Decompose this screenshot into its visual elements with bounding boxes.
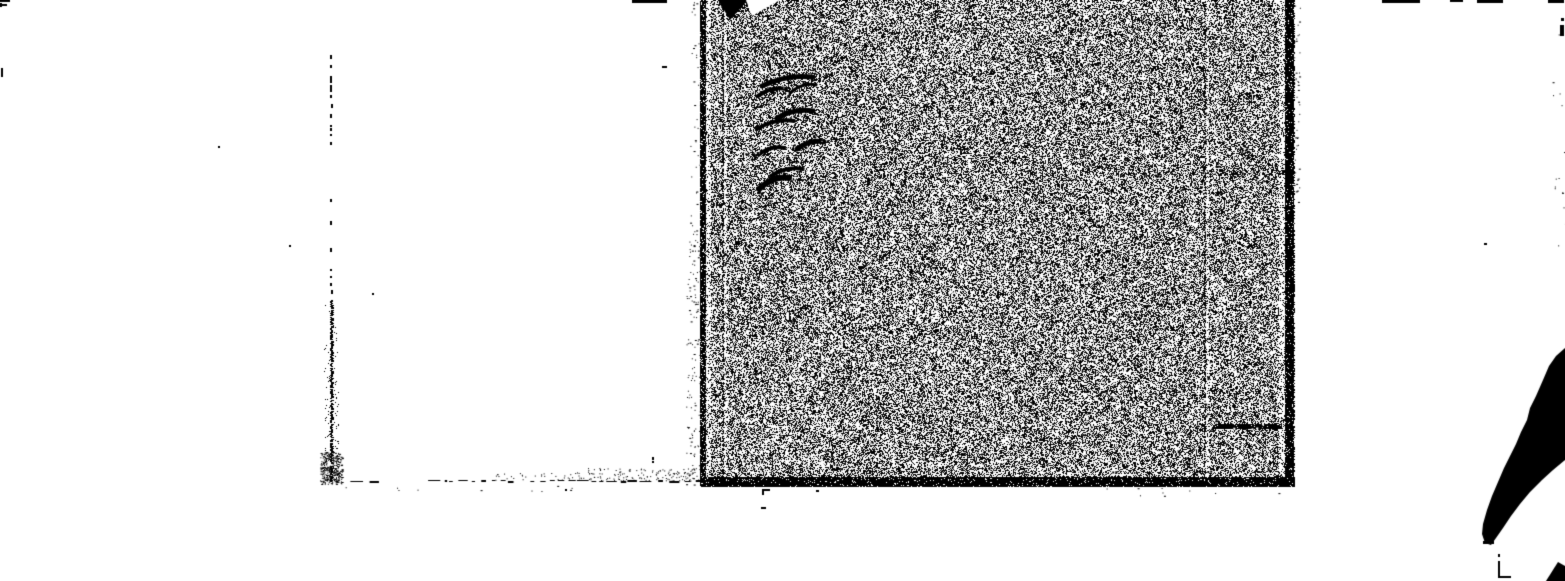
scanned-document [0, 0, 1565, 581]
scan-image-canvas [0, 0, 1565, 581]
